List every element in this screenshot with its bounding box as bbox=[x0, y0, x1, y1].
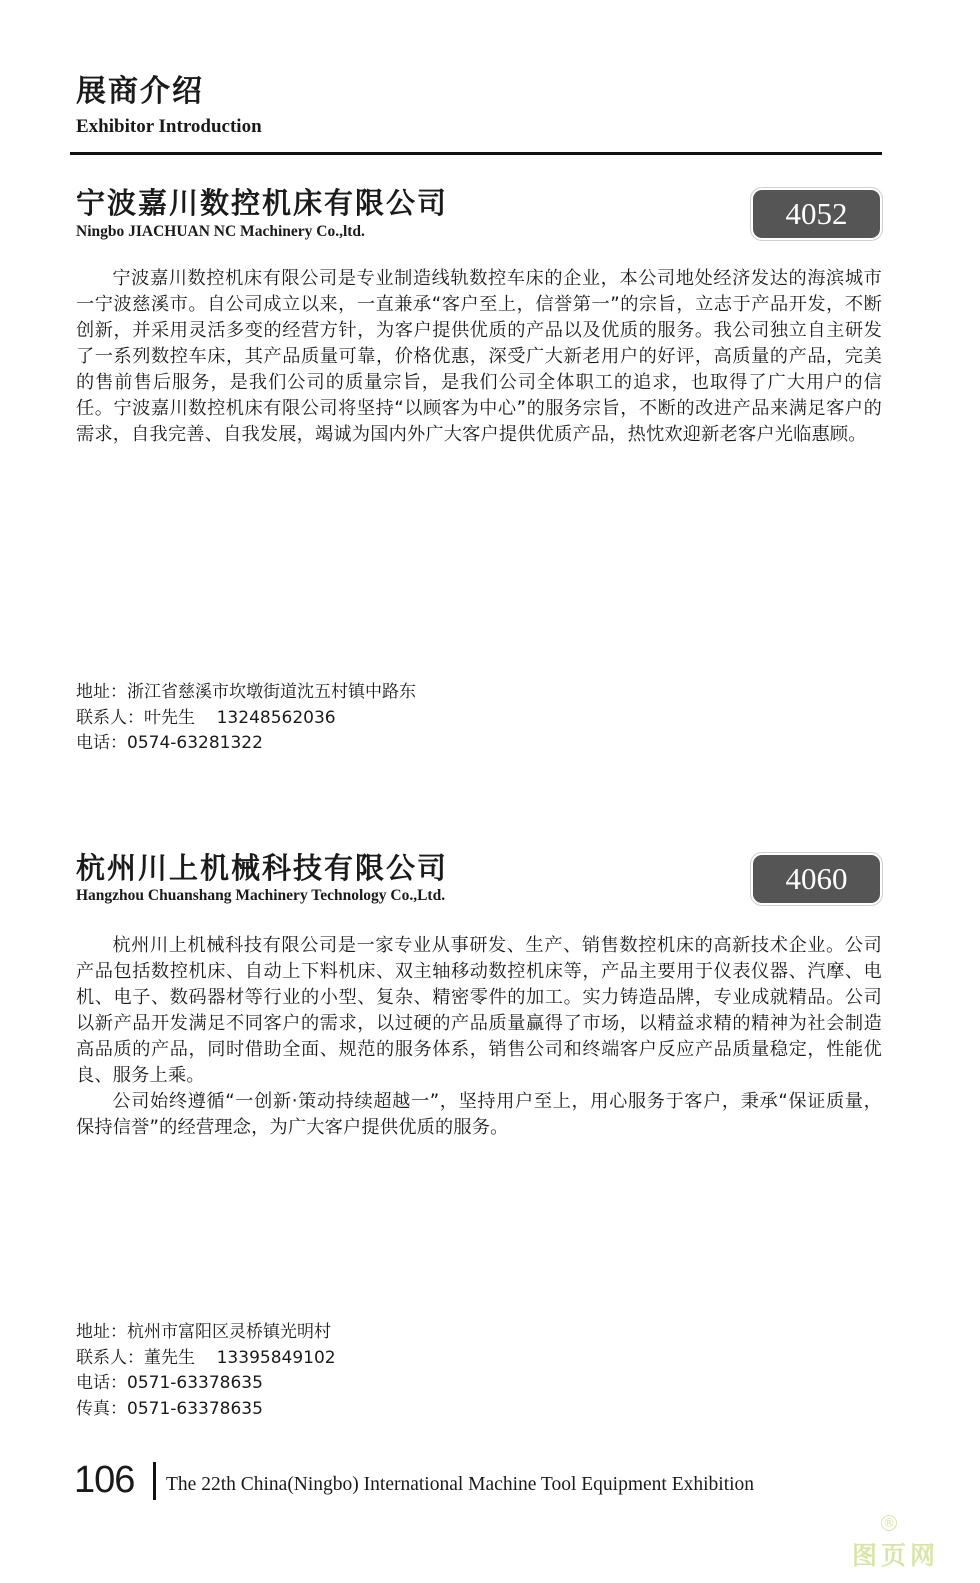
company-name-cn: 宁波嘉川数控机床有限公司 bbox=[76, 184, 448, 222]
address: 地址：杭州市富阳区灵桥镇光明村 bbox=[76, 1320, 336, 1346]
section-title-cn: 展商介绍 bbox=[76, 72, 204, 112]
contact-person: 联系人：叶先生 13248562036 bbox=[76, 706, 416, 732]
page-number: 106 bbox=[74, 1455, 134, 1505]
company-name-en: Ningbo JIACHUAN NC Machinery Co.,ltd. bbox=[76, 222, 365, 242]
description-paragraph: 宁波嘉川数控机床有限公司是专业制造线轨数控车床的企业，本公司地处经济发达的海滨城… bbox=[76, 266, 882, 448]
company-description: 杭州川上机械科技有限公司是一家专业从事研发、生产、销售数控机床的高新技术企业。公… bbox=[76, 933, 882, 1141]
footer-divider bbox=[153, 1462, 156, 1500]
exhibition-title: The 22th China(Ningbo) International Mac… bbox=[166, 1472, 754, 1498]
registered-mark-icon: ® bbox=[881, 1515, 897, 1531]
booth-number-badge: 4052 bbox=[753, 190, 880, 238]
contact-block: 地址：浙江省慈溪市坎墩街道沈五村镇中路东 联系人：叶先生 13248562036… bbox=[76, 680, 416, 757]
phone: 电话：0571-63378635 bbox=[76, 1371, 336, 1397]
contact-block: 地址：杭州市富阳区灵桥镇光明村 联系人：董先生 13395849102 电话：0… bbox=[76, 1320, 336, 1422]
booth-number-badge: 4060 bbox=[753, 855, 880, 903]
phone: 电话：0574-63281322 bbox=[76, 731, 416, 757]
contact-person: 联系人：董先生 13395849102 bbox=[76, 1346, 336, 1372]
company-name-cn: 杭州川上机械科技有限公司 bbox=[76, 849, 448, 887]
watermark-logo: 图页网 bbox=[852, 1536, 939, 1572]
description-paragraph: 公司始终遵循“一创新·策动持续超越一”，坚持用户至上，用心服务于客户，秉承“保证… bbox=[76, 1089, 882, 1141]
company-description: 宁波嘉川数控机床有限公司是专业制造线轨数控车床的企业，本公司地处经济发达的海滨城… bbox=[76, 266, 882, 448]
description-paragraph: 杭州川上机械科技有限公司是一家专业从事研发、生产、销售数控机床的高新技术企业。公… bbox=[76, 933, 882, 1089]
address: 地址：浙江省慈溪市坎墩街道沈五村镇中路东 bbox=[76, 680, 416, 706]
fax: 传真：0571-63378635 bbox=[76, 1397, 336, 1423]
company-name-en: Hangzhou Chuanshang Machinery Technology… bbox=[76, 886, 445, 906]
section-title-en: Exhibitor Introduction bbox=[76, 115, 262, 139]
header-divider bbox=[70, 152, 882, 155]
